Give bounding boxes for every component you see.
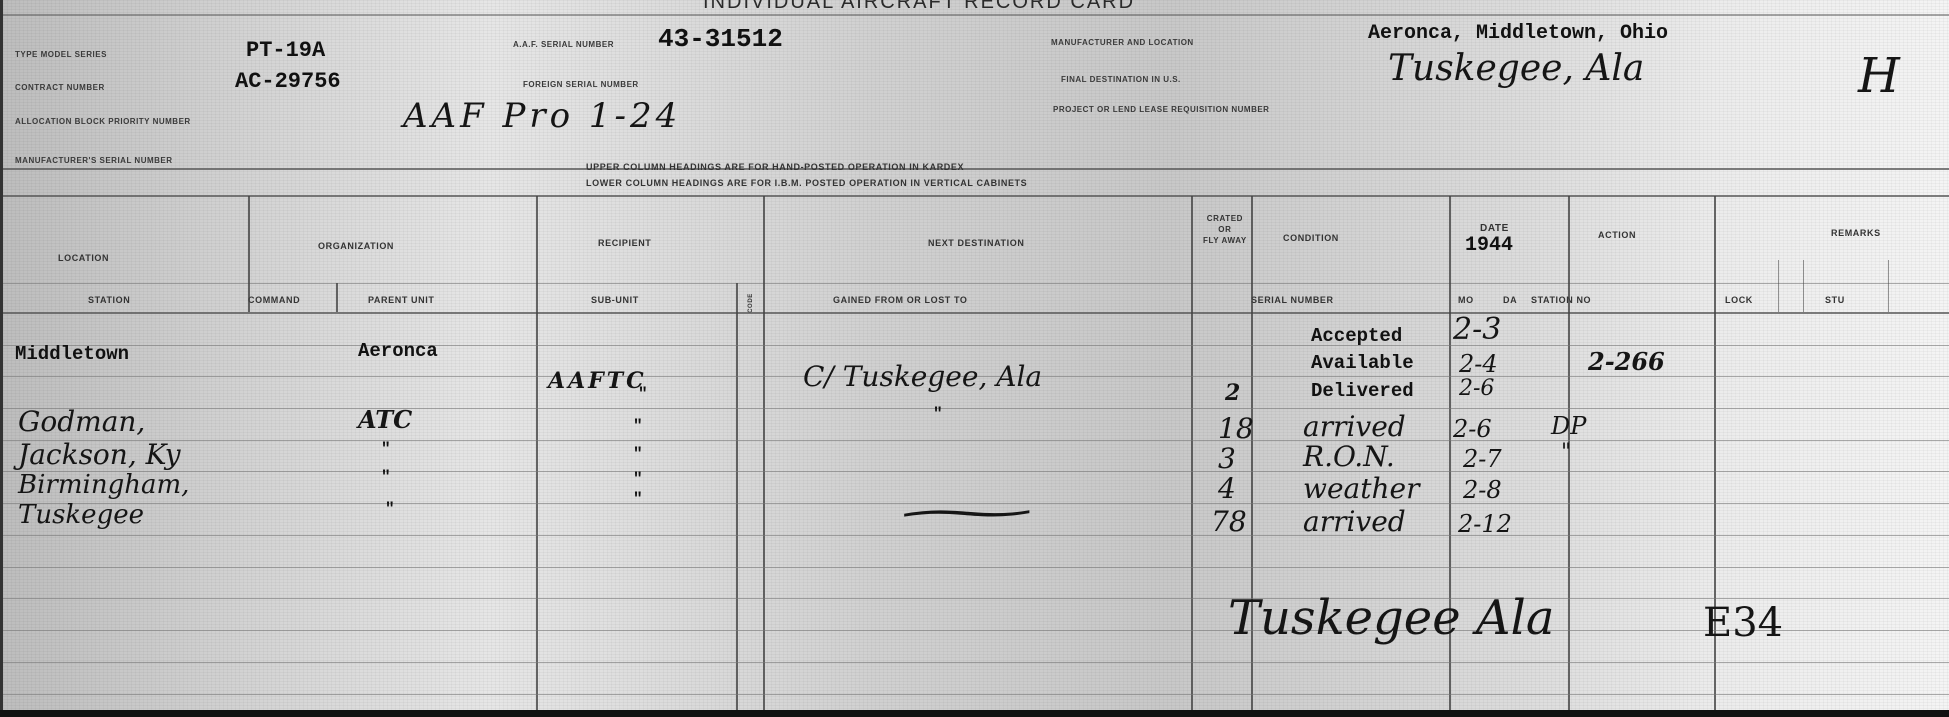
type-model-series-value: PT-19A bbox=[246, 38, 325, 63]
allocation-value: AAF Pro 1-24 bbox=[403, 96, 681, 136]
head-gained-lost: GAINED FROM OR LOST TO bbox=[833, 295, 968, 305]
notice-line-2: LOWER COLUMN HEADINGS ARE FOR I.B.M. POS… bbox=[586, 178, 1027, 188]
row-3-recipient: " bbox=[633, 417, 643, 435]
head-station-no: STATION NO bbox=[1531, 295, 1591, 305]
card-title: INDIVIDUAL AIRCRAFT RECORD CARD bbox=[703, 0, 1135, 14]
row-3-crated: 18 bbox=[1218, 412, 1254, 445]
row-0-location: Middletown bbox=[15, 343, 129, 365]
row-rule bbox=[3, 598, 1949, 599]
row-6-recipient: " bbox=[633, 490, 643, 508]
aaf-serial-value: 43-31512 bbox=[658, 24, 783, 54]
col-divider bbox=[1888, 260, 1889, 312]
row-5-crated: 4 bbox=[1218, 472, 1236, 505]
row-6-organization: " bbox=[385, 500, 395, 518]
col-divider bbox=[1191, 196, 1193, 717]
col-divider bbox=[336, 283, 338, 312]
row-6-date: 2-12 bbox=[1458, 510, 1512, 538]
row-2-recipient: " bbox=[638, 385, 648, 403]
head-crated: CRATED OR FLY AWAY bbox=[1203, 213, 1247, 246]
head-parent-unit: PARENT UNIT bbox=[368, 295, 434, 305]
col-divider bbox=[536, 196, 538, 717]
project-lend-lease-label: PROJECT OR LEND LEASE REQUISITION NUMBER bbox=[1053, 105, 1269, 114]
row-2-condition: Delivered bbox=[1311, 380, 1414, 402]
head-code: CODE bbox=[748, 293, 754, 313]
head-year: 1944 bbox=[1465, 234, 1513, 257]
header-bottom-rule bbox=[3, 312, 1949, 314]
row-4-condition: R.O.N. bbox=[1303, 440, 1395, 473]
row-6-location: Tuskegee bbox=[18, 500, 144, 530]
row-6-condition: arrived bbox=[1303, 505, 1406, 538]
head-date: DATE bbox=[1480, 223, 1509, 234]
row-6-crated: 78 bbox=[1211, 505, 1247, 538]
final-destination-value: Tuskegee, Ala bbox=[1388, 48, 1644, 89]
row-5-recipient: " bbox=[633, 470, 643, 488]
row-3-action: DP bbox=[1551, 412, 1586, 440]
row-4-date: 2-7 bbox=[1463, 445, 1502, 473]
row-0-condition: Accepted bbox=[1311, 325, 1402, 347]
head-command: COMMAND bbox=[248, 295, 300, 305]
row-5-organization: " bbox=[381, 468, 391, 486]
row-6-next-destination: ~ bbox=[883, 490, 1051, 536]
row-1-date: 2-4 bbox=[1459, 350, 1498, 378]
row-4-location: Jackson, Ky bbox=[18, 438, 181, 471]
row-3-location: Godman, bbox=[18, 405, 145, 438]
row-2-crated: 2 bbox=[1225, 380, 1240, 406]
row-rule bbox=[3, 345, 1949, 346]
footer-place: Tuskegee Ala bbox=[1228, 590, 1554, 646]
row-0-organization: Aeronca bbox=[358, 340, 438, 362]
contract-number-label: CONTRACT NUMBER bbox=[15, 83, 105, 92]
head-action: ACTION bbox=[1598, 230, 1636, 240]
row-1-recipient: AAFTC bbox=[548, 368, 647, 394]
row-3-next-destination: " bbox=[933, 405, 943, 423]
manufacturer-location-label: MANUFACTURER AND LOCATION bbox=[1051, 38, 1194, 47]
head-da: DA bbox=[1503, 295, 1517, 305]
row-rule bbox=[3, 440, 1949, 441]
aaf-serial-label: A.A.F. SERIAL NUMBER bbox=[513, 40, 614, 49]
row-4-recipient: " bbox=[633, 445, 643, 463]
row-rule bbox=[3, 630, 1949, 631]
head-serial-number: SERIAL NUMBER bbox=[1251, 295, 1334, 305]
head-crated-2: OR bbox=[1203, 224, 1247, 235]
head-station: STATION bbox=[88, 295, 130, 305]
aircraft-record-card: INDIVIDUAL AIRCRAFT RECORD CARD TYPE MOD… bbox=[0, 0, 1949, 712]
manufacturer-location-value: Aeronca, Middletown, Ohio bbox=[1368, 22, 1668, 45]
row-3-condition: arrived bbox=[1303, 410, 1406, 443]
col-divider bbox=[763, 196, 765, 717]
title-rule bbox=[3, 14, 1949, 16]
row-0-date: 2-3 bbox=[1453, 312, 1501, 347]
scan-bottom-edge bbox=[0, 710, 1949, 717]
row-rule bbox=[3, 408, 1949, 409]
row-rule bbox=[3, 567, 1949, 568]
row-5-condition: weather bbox=[1303, 472, 1419, 505]
row-5-location: Birmingham, bbox=[18, 470, 189, 500]
header-rule bbox=[3, 168, 1949, 170]
corner-mark: H bbox=[1858, 48, 1900, 104]
head-stu: STU bbox=[1825, 295, 1845, 305]
col-divider bbox=[1803, 260, 1804, 312]
row-3-date: 2-6 bbox=[1453, 415, 1492, 443]
col-divider bbox=[248, 196, 250, 312]
manufacturers-serial-label: MANUFACTURER'S SERIAL NUMBER bbox=[15, 156, 173, 165]
head-sub-unit: SUB-UNIT bbox=[591, 295, 639, 305]
row-2-date: 2-6 bbox=[1459, 376, 1494, 401]
header-mid-rule bbox=[3, 283, 1949, 284]
head-location: LOCATION bbox=[58, 253, 109, 263]
type-model-series-label: TYPE MODEL SERIES bbox=[15, 50, 107, 59]
col-divider bbox=[1778, 260, 1779, 312]
head-lock: LOCK bbox=[1725, 295, 1753, 305]
allocation-label: ALLOCATION BLOCK PRIORITY NUMBER bbox=[15, 117, 191, 126]
head-remarks: REMARKS bbox=[1831, 228, 1881, 238]
notice-line-1: UPPER COLUMN HEADINGS ARE FOR HAND-POSTE… bbox=[586, 162, 964, 172]
row-rule bbox=[3, 471, 1949, 472]
row-1-action: 2-266 bbox=[1588, 347, 1665, 376]
row-4-crated: 3 bbox=[1218, 442, 1236, 475]
head-recipient: RECIPIENT bbox=[598, 238, 651, 248]
row-rule bbox=[3, 694, 1949, 695]
head-organization: ORGANIZATION bbox=[318, 241, 394, 251]
foreign-serial-label: FOREIGN SERIAL NUMBER bbox=[523, 80, 639, 89]
table-top-rule bbox=[3, 195, 1949, 197]
row-4-action: " bbox=[1561, 440, 1571, 465]
row-4-organization: " bbox=[381, 440, 391, 458]
footer-code: E34 bbox=[1703, 600, 1783, 646]
row-rule bbox=[3, 662, 1949, 663]
head-mo: MO bbox=[1458, 295, 1474, 305]
row-1-condition: Available bbox=[1311, 352, 1414, 374]
head-crated-1: CRATED bbox=[1203, 213, 1247, 224]
final-destination-label: FINAL DESTINATION IN U.S. bbox=[1061, 75, 1181, 84]
col-divider bbox=[736, 283, 738, 717]
head-condition: CONDITION bbox=[1283, 233, 1339, 243]
row-1-next-destination: C/ Tuskegee, Ala bbox=[803, 360, 1042, 393]
head-next-destination: NEXT DESTINATION bbox=[928, 238, 1024, 248]
row-5-date: 2-8 bbox=[1463, 476, 1502, 504]
contract-number-value: AC-29756 bbox=[235, 69, 341, 94]
head-crated-3: FLY AWAY bbox=[1203, 235, 1247, 246]
row-3-organization: ATC bbox=[358, 405, 412, 434]
